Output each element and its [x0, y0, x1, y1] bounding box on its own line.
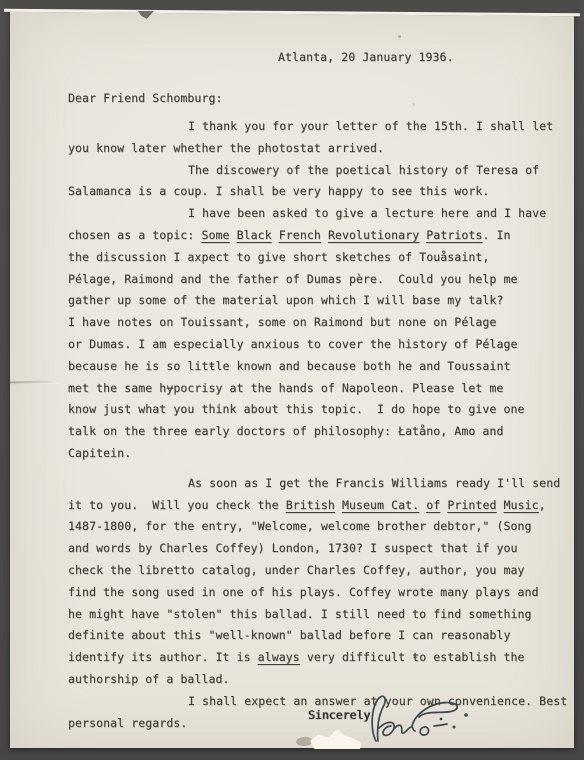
letter-line: 1487-1800, for the entry, "Welcome, welc… [68, 516, 566, 538]
letter-line: the discussion I axpect to give short sk… [68, 247, 566, 269]
letter-line: The discowery of the poetical history of… [68, 160, 566, 182]
letter-line: you know later whether the photostat arr… [68, 138, 566, 160]
closing-sincerely: Sincerely [308, 708, 370, 722]
letter-line: it to you. Will you check the British Mu… [68, 495, 566, 517]
dateline: Atlanta, 20 January 1936. [278, 50, 454, 64]
letter-line: identify its author. It is always very d… [68, 647, 566, 669]
letter-line: I thank you for your letter of the 15th.… [68, 116, 566, 138]
letter-body: I thank you for your letter of the 15th.… [68, 116, 566, 734]
letter-line: Capitein. [68, 443, 566, 465]
letter-line: I have been asked to give a lecture here… [68, 203, 566, 225]
letter-line: he might have "stolen" this ballad. I st… [68, 604, 566, 626]
letter-line: find the song used in one of his plays. … [68, 582, 566, 604]
letter-line: gather up some of the material upon whic… [68, 290, 566, 312]
paper-speck [398, 35, 401, 38]
letter-line: and words by Charles Coffey) London, 173… [68, 538, 566, 560]
paper-top-edge [4, 0, 580, 16]
handwritten-signature [362, 693, 478, 753]
letter-line: As soon as I get the Francis Williams re… [68, 473, 566, 495]
letter-page: Atlanta, 20 January 1936. Dear Friend Sc… [10, 7, 574, 748]
letter-line: Salamanca is a coup. I shall be very hap… [68, 181, 566, 203]
letter-line: or Dumas. I am especially anxious to cov… [68, 334, 566, 356]
salutation: Dear Friend Schomburg: [68, 91, 223, 105]
letter-line: because he is so litŧle known and becaus… [68, 356, 566, 378]
letter-line: know just what you think about this topi… [68, 399, 566, 421]
letter-line: chosen as a topic: Some Black French Rev… [68, 225, 566, 247]
paper-edge-notch [138, 11, 154, 19]
letter-line: authorship of a ballad. [68, 669, 566, 691]
fold-crease [10, 381, 60, 385]
letter-line: definite about this "well-known" ballad … [68, 625, 566, 647]
letter-line: check the libretto catalog, under Charle… [68, 560, 566, 582]
letter-line: I have notes on Touissant, some on Raimo… [68, 312, 566, 334]
letter-line: met the same hɏpocrisy at the hands of N… [68, 378, 566, 400]
letter-line: Pélage, Raimond and the father of Dumas … [68, 269, 566, 291]
paper-speck [412, 103, 415, 106]
paper-smudge [296, 737, 312, 746]
scan-background: { "document": { "kind": "typewritten let… [0, 0, 584, 760]
letter-line: talk on the three early doctors of philo… [68, 421, 566, 443]
